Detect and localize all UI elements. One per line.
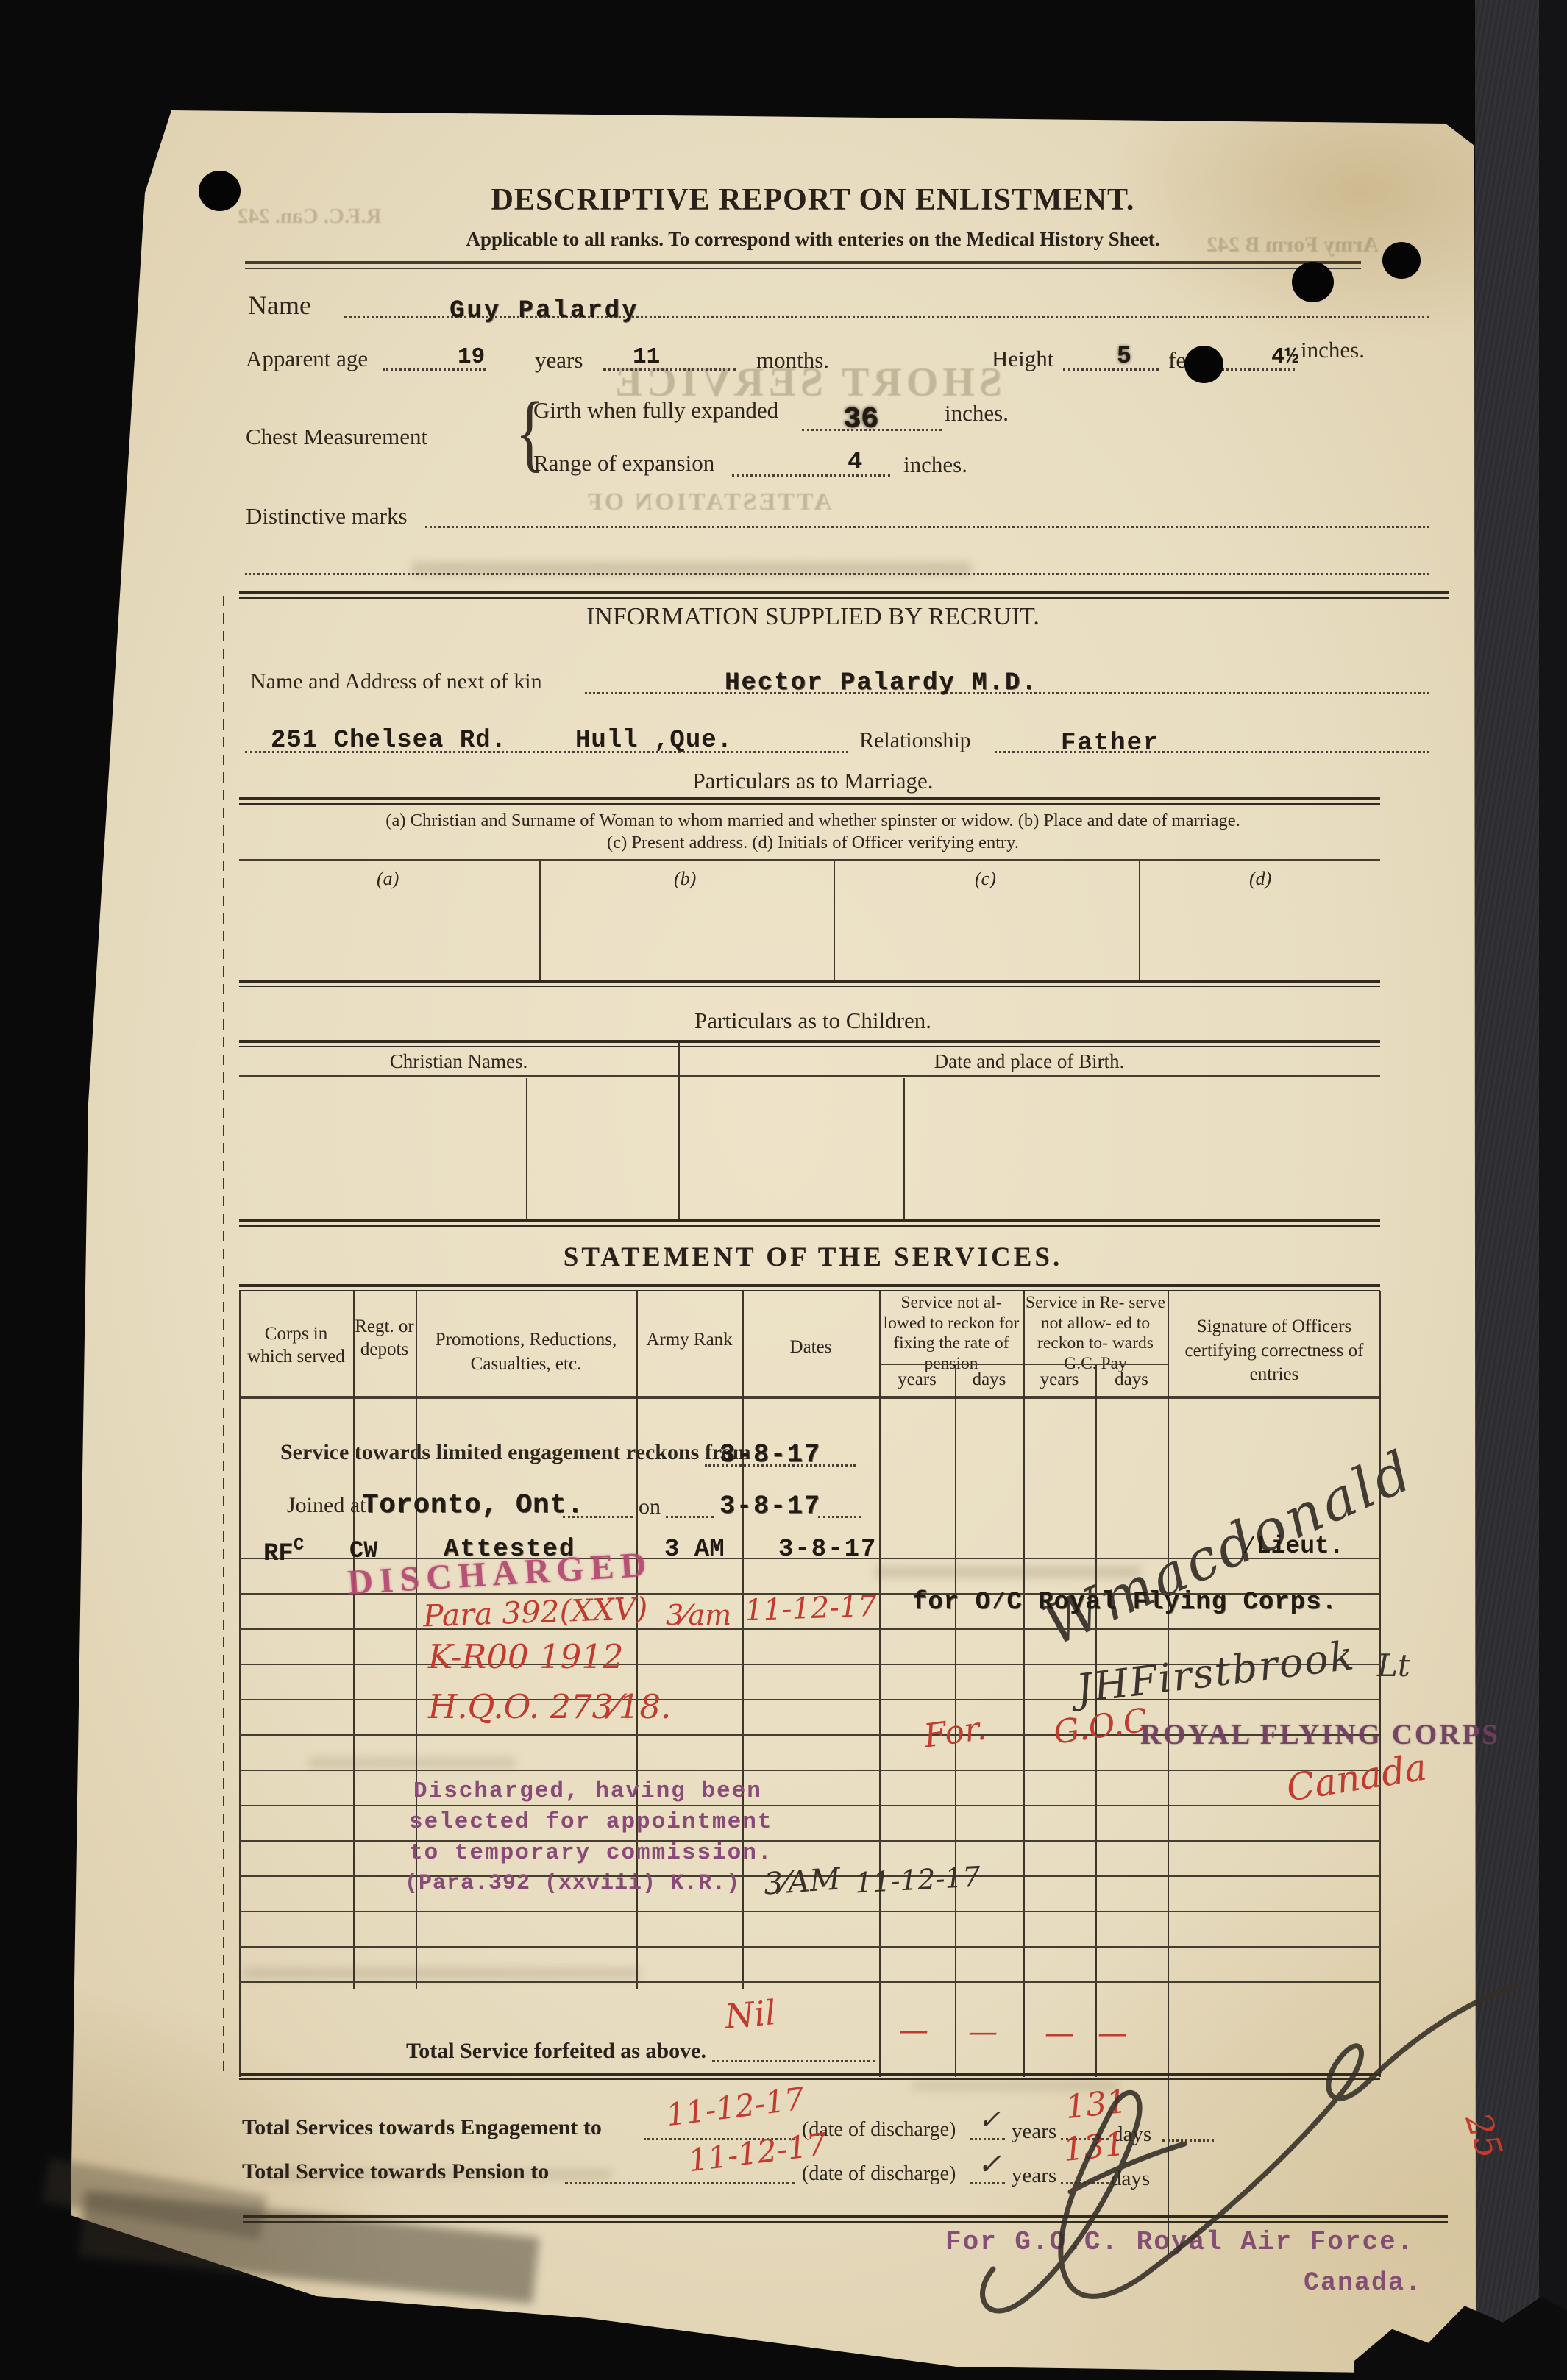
punch-hole [1382, 242, 1421, 279]
punch-hole [199, 171, 241, 211]
punch-hole [1292, 262, 1334, 302]
scanned-enlistment-form: Army Form B 242 R.F.C. Can. 242 SHORT SE… [0, 0, 1567, 2380]
signature-flourish [0, 0, 1567, 2380]
punch-hole [1184, 346, 1223, 383]
